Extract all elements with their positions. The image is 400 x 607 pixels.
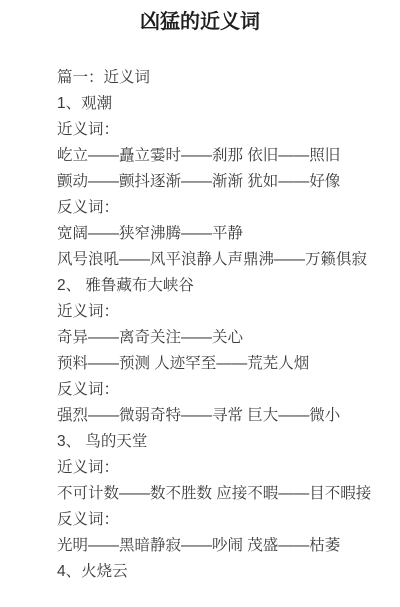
text-line-lesson-2-title: 2、 雅鲁藏布大峡谷 — [57, 273, 400, 299]
text-line-lesson-3-title: 3、 鸟的天堂 — [57, 429, 400, 455]
text-line-synonyms-label: 近义词： — [57, 299, 400, 325]
document-body: 篇一：近义词 1、观潮 近义词： 屹立——矗立霎时——刹那 依旧——照旧 颤动—… — [57, 65, 400, 585]
text-line-synonym-pairs: 不可计数——数不胜数 应接不暇——目不暇接 — [57, 481, 400, 507]
text-line-synonym-pairs: 奇异——离奇关注——关心 — [57, 325, 400, 351]
text-line-synonym-pairs: 颤动——颤抖逐渐——渐渐 犹如——好像 — [57, 169, 400, 195]
text-line-lesson-4-title: 4、火烧云 — [57, 559, 400, 585]
text-line-synonyms-label: 近义词： — [57, 117, 400, 143]
page-title: 凶猛的近义词 — [0, 0, 400, 34]
text-line-synonym-pairs: 预料——预测 人迹罕至——荒芜人烟 — [57, 351, 400, 377]
text-line-synonyms-label: 近义词： — [57, 455, 400, 481]
text-line-section-header: 篇一：近义词 — [57, 65, 400, 91]
text-line-antonym-pairs: 风号浪吼——风平浪静人声鼎沸——万籁俱寂 — [57, 247, 400, 273]
text-line-lesson-1-title: 1、观潮 — [57, 91, 400, 117]
text-line-synonym-pairs: 屹立——矗立霎时——刹那 依旧——照旧 — [57, 143, 400, 169]
text-line-antonyms-label: 反义词： — [57, 195, 400, 221]
text-line-antonym-pairs: 强烈——微弱奇特——寻常 巨大——微小 — [57, 403, 400, 429]
text-line-antonym-pairs: 光明——黑暗静寂——吵闹 茂盛——枯萎 — [57, 533, 400, 559]
text-line-antonym-pairs: 宽阔——狭窄沸腾——平静 — [57, 221, 400, 247]
text-line-antonyms-label: 反义词： — [57, 377, 400, 403]
text-line-antonyms-label: 反义词： — [57, 507, 400, 533]
document-page: 凶猛的近义词 篇一：近义词 1、观潮 近义词： 屹立——矗立霎时——刹那 依旧—… — [0, 0, 400, 607]
